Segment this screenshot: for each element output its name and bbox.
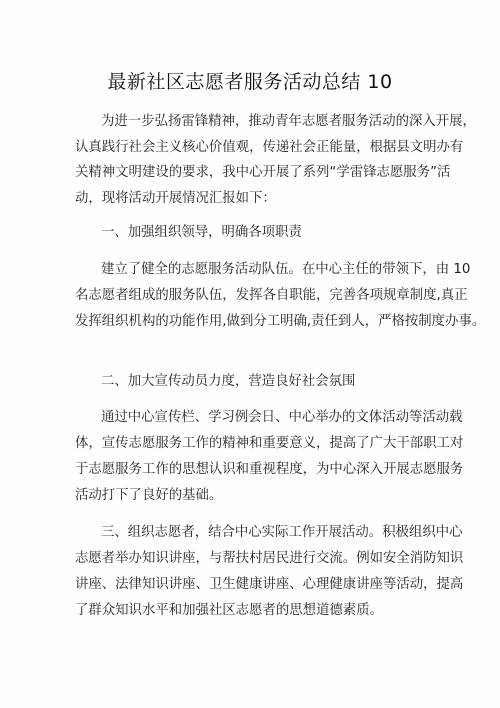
- paragraph-4-line-1: 三、组织志愿者，结合中心实际工作开展活动。积极组织中心: [101, 523, 463, 543]
- paragraph-4-line-4: 了群众知识水平和加强社区志愿者的思想道德素质。: [75, 601, 383, 621]
- paragraph-1-line-3: 关精神文明建设的要求，我中心开展了系列“学雷锋志愿服务”活: [75, 163, 450, 183]
- section-heading-2: 二、加大宣传动员力度，营造良好社会氛围: [101, 372, 355, 392]
- paragraph-3-line-3: 于志愿服务工作的思想认识和重视程度，为中心深入开展志愿服务: [75, 460, 463, 480]
- document-title: 最新社区志愿者服务活动总结 10: [0, 68, 500, 96]
- paragraph-2-line-3: 发挥组织机构的功能作用,做到分工明确,责任到人，严格按制度办事。: [75, 312, 485, 332]
- section-heading-1: 一、加强组织领导，明确各项职责: [101, 223, 302, 243]
- document-page: 最新社区志愿者服务活动总结 10 为进一步弘扬雷锋精神，推动青年志愿者服务活动的…: [0, 0, 500, 708]
- paragraph-4-line-3: 讲座、法律知识讲座、卫生健康讲座、心理健康讲座等活动，提高: [75, 575, 463, 595]
- paragraph-1-line-1: 为进一步弘扬雷锋精神，推动青年志愿者服务活动的深入开展，: [101, 112, 476, 132]
- paragraph-2-line-1: 建立了健全的志愿服务活动队伍。在中心主任的带领下，由 10: [101, 260, 470, 280]
- paragraph-1-line-2: 认真践行社会主义核心价值观，传递社会正能量，根据县文明办有: [75, 138, 463, 158]
- paragraph-3-line-1: 通过中心宣传栏、学习例会日、中心举办的文体活动等活动载: [101, 408, 463, 428]
- paragraph-3-line-2: 体，宣传志愿服务工作的精神和重要意义，提高了广大干部职工对: [75, 434, 463, 454]
- paragraph-2-line-2: 名志愿者组成的服务队伍，发挥各自职能，完善各项规章制度,真正: [75, 286, 468, 306]
- paragraph-1-line-4: 动，现将活动开展情况汇报如下：: [75, 189, 276, 209]
- paragraph-3-line-4: 活动打下了良好的基础。: [75, 486, 222, 506]
- paragraph-4-line-2: 志愿者举办知识讲座，与帮扶村居民进行交流。例如安全消防知识: [75, 549, 463, 569]
